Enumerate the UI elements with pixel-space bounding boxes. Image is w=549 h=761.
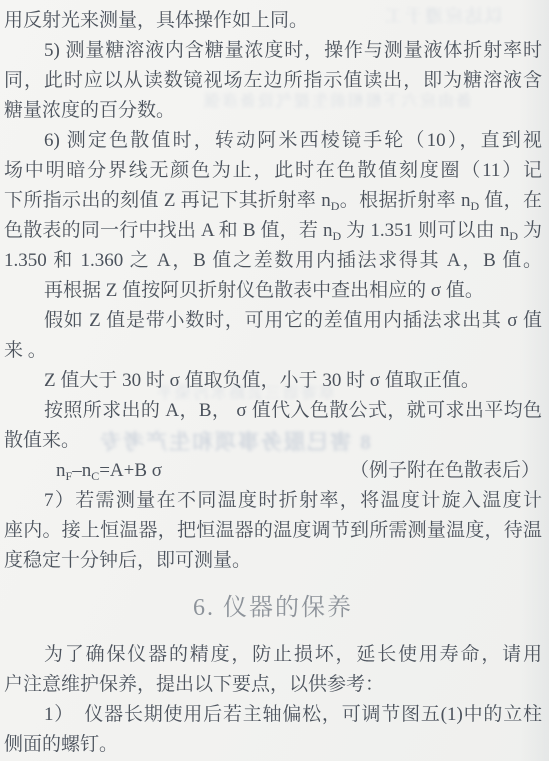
text-line: 1） 仪器长期使用后若主轴偏松，可调节图五(1)中的立柱	[4, 700, 542, 730]
line-text: 为	[518, 220, 542, 241]
line-text: 6) 测定色散值时，转动阿米西棱镜手轮（10），直到视	[44, 130, 542, 151]
formula-subscript: C	[91, 469, 99, 483]
text-line: 1.350 和 1.360 之 A，B 值之差数用内插法求得其 A，B 值。	[4, 246, 542, 276]
text-line: 7）若需测量在不同温度时折射率，将温度计旋入温度计	[4, 486, 542, 516]
line-text: 侧面的螺钉。	[4, 734, 118, 755]
formula-text: –n	[72, 460, 91, 481]
text-line: 度稳定十分钟后，即可测量。	[4, 546, 542, 576]
text-line: 按照所求出的 A，B， σ 值代入色散公式，就可求出平均色	[4, 396, 542, 426]
line-text: 为 1.351 则可以由 n	[341, 220, 509, 241]
line-text: 1.350 和 1.360 之 A，B 值之差数用内插法求得其 A，B 值。	[4, 250, 542, 271]
line-text: 用反射光来测量，具体操作如上同。	[4, 10, 308, 31]
section-heading: 6. 仪器的保养	[4, 590, 542, 626]
formula-line: nF–nC=A+B σ（例子附在色散表后）	[4, 456, 542, 486]
dispersion-formula: nF–nC=A+B σ	[56, 456, 162, 486]
text-line: 6) 测定色散值时，转动阿米西棱镜手轮（10），直到视	[4, 126, 542, 156]
text-line: 散值来。	[4, 426, 542, 456]
text-line: Z 值大于 30 时 σ 值取负值，小于 30 时 σ 值取正值。	[4, 366, 542, 396]
subscript-text: D	[471, 199, 480, 213]
line-text: 5) 测量糖溶液内含糖量浓度时，操作与测量液体折射率时	[44, 40, 542, 61]
text-line: 同，此时应以从读数镜视场左边所指示值读出，即为糖溶液含	[4, 66, 542, 96]
text-line: 假如 Z 值是带小数时，可用它的差值用内插法求出其 σ 值	[4, 306, 542, 336]
text-line: 来 。	[4, 336, 542, 366]
line-text: 按照所求出的 A，B， σ 值代入色散公式，就可求出平均色	[44, 400, 542, 421]
line-text: 下所指示出的刻值 Z 再记下其折射率 n	[4, 190, 331, 211]
line-text: 户注意维护保养，提出以下要点，以供参考：	[4, 674, 384, 695]
line-text: 。根据折射率 n	[339, 190, 470, 211]
formula-text: n	[56, 460, 66, 481]
text-line: 5) 测量糖溶液内含糖量浓度时，操作与测量液体折射率时	[4, 36, 542, 66]
text-line: 下所指示出的刻值 Z 再记下其折射率 nD。根据折射率 nD 值，在	[4, 186, 542, 216]
text-line: 户注意维护保养，提出以下要点，以供参考：	[4, 670, 542, 700]
line-text: 散值来。	[4, 430, 80, 451]
text-line: 再根据 Z 值按阿贝折射仪色散表中查出相应的 σ 值。	[4, 276, 542, 306]
line-text: 糖量浓度的百分数。	[4, 100, 175, 121]
line-text: 度稳定十分钟后，即可测量。	[4, 550, 251, 571]
line-text: 色散表的同一行中找出 A 和 B 值，若 n	[4, 220, 333, 241]
line-text: Z 值大于 30 时 σ 值取负值，小于 30 时 σ 值取正值。	[44, 370, 480, 391]
line-text: 7）若需测量在不同温度时折射率，将温度计旋入温度计	[44, 490, 542, 511]
formula-note: （例子附在色散表后）	[350, 456, 540, 486]
line-text: 来 。	[4, 340, 47, 361]
section-heading-text: 6. 仪器的保养	[193, 595, 353, 621]
text-line: 糖量浓度的百分数。	[4, 96, 542, 126]
text-line: 色散表的同一行中找出 A 和 B 值，若 nD 为 1.351 则可以由 nD …	[4, 216, 542, 246]
line-text: 值，在	[479, 190, 542, 211]
text-line: 场中明暗分界线无颜色为止，此时在色散值刻度圈（11）记	[4, 156, 542, 186]
line-text: 再根据 Z 值按阿贝折射仪色散表中查出相应的 σ 值。	[44, 280, 484, 301]
line-text: 1） 仪器长期使用后若主轴偏松，可调节图五(1)中的立柱	[44, 704, 542, 725]
subscript-text: D	[509, 229, 518, 243]
text-line: 侧面的螺钉。	[4, 730, 542, 760]
line-text: 场中明暗分界线无颜色为止，此时在色散值刻度圈（11）记	[4, 160, 542, 181]
text-line: 用反射光来测量，具体操作如上同。	[4, 6, 542, 36]
subscript-text: D	[333, 229, 342, 243]
text-line: 为了确保仪器的精度，防止损坏，延长使用寿命，请用	[4, 640, 542, 670]
line-text: 假如 Z 值是带小数时，可用它的差值用内插法求出其 σ 值	[44, 310, 542, 331]
line-text: 为了确保仪器的精度，防止损坏，延长使用寿命，请用	[44, 644, 542, 665]
line-text: 座内。接上恒温器，把恒温器的温度调节到所需测量温度，待温	[4, 520, 542, 541]
document-page: 以达应遵于工备由应六下根相前生提气设备彦强草寄语三芸路水污染平8 害巳服务事项和…	[0, 0, 549, 761]
text-body: 用反射光来测量，具体操作如上同。5) 测量糖溶液内含糖量浓度时，操作与测量液体折…	[4, 6, 542, 760]
text-line: 座内。接上恒温器，把恒温器的温度调节到所需测量温度，待温	[4, 516, 542, 546]
formula-text: =A+B σ	[99, 460, 162, 481]
line-text: 同，此时应以从读数镜视场左边所指示值读出，即为糖溶液含	[4, 70, 542, 91]
